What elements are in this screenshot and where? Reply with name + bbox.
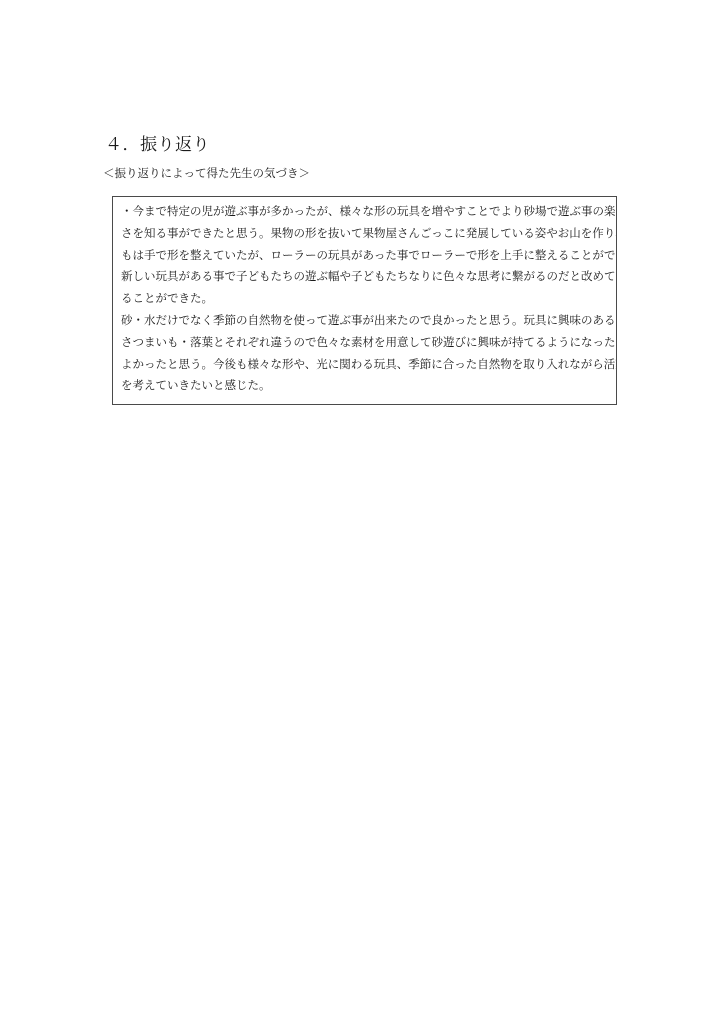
reflection-text-line: もは手で形を整えていたが、ローラーの玩具があった事でローラーで形を上手に整えるこ… — [121, 246, 608, 268]
teacher-reflection-box: ・今まで特定の児が遊ぶ事が多かったが、様々な形の玩具を増やすことでより砂場で遊ぶ… — [112, 196, 617, 405]
reflection-text-line: 砂・水だけでなく季節の自然物を使って遊ぶ事が出来たので良かったと思う。玩具に興味… — [121, 311, 608, 333]
reflection-text-line: を考えていきたいと感じた。 — [121, 376, 608, 398]
reflection-text-line: ることができた。 — [121, 289, 608, 311]
reflection-text-line: 新しい玩具がある事で子どもたちの遊ぶ幅や子どもたちなりに色々な思考に繋がるのだと… — [121, 267, 608, 289]
reflection-text-line: さを知る事ができたと思う。果物の形を抜いて果物屋さんごっこに発展している姿やお山… — [121, 224, 608, 246]
reflection-text-line: さつまいも・落葉とそれぞれ違うので色々な素材を用意して砂遊びに興味が持てるように… — [121, 333, 608, 355]
reflection-text-line: よかったと思う。今後も様々な形や、光に関わる玩具、季節に合った自然物を取り入れな… — [121, 355, 608, 377]
section-heading: ４．振り返り — [105, 130, 210, 155]
reflection-subheading: ＜振り返りによって得た先生の気づき＞ — [103, 165, 310, 181]
document-page: ４．振り返り ＜振り返りによって得た先生の気づき＞ ・今まで特定の児が遊ぶ事が多… — [0, 0, 724, 1024]
reflection-text-line: ・今まで特定の児が遊ぶ事が多かったが、様々な形の玩具を増やすことでより砂場で遊ぶ… — [121, 202, 608, 224]
